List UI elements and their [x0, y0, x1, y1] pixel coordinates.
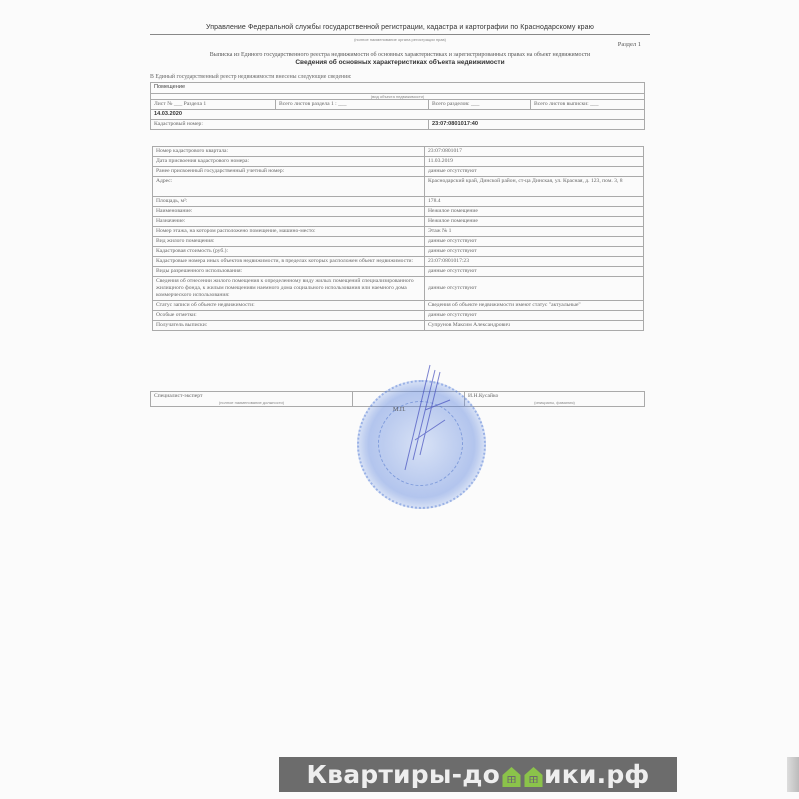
signer-name: И.Н.Кусайко (инициалы, фамилия)	[465, 392, 645, 407]
table-row: Виды разрешенного использования:данные о…	[153, 266, 644, 276]
row-label: Номер этажа, на котором расположено поме…	[153, 226, 425, 236]
table-row: Дата присвоения кадастрового номера:11.0…	[153, 156, 644, 166]
table-row: Наименование:Нежилое помещение	[153, 206, 644, 216]
cadastral-label: Кадастровый номер:	[151, 119, 429, 129]
watermark-banner: Квартиры-до ики.рф	[279, 757, 677, 792]
total-sections: Всего разделов: ___	[429, 100, 531, 110]
total-sheets: Всего листов выписки: ___	[531, 100, 645, 110]
row-label: Получатель выписки:	[153, 320, 425, 330]
object-type: Помещение	[151, 83, 645, 94]
row-label: Назначение:	[153, 216, 425, 226]
table-row: Статус записи об объекте недвижимости:Св…	[153, 300, 644, 310]
row-label: Наименование:	[153, 206, 425, 216]
signer-position-text: Специалист-эксперт	[154, 393, 349, 400]
extract-date: 14.03.2020	[151, 109, 645, 119]
signer-position: Специалист-эксперт (полное наименование …	[151, 392, 353, 407]
row-label: Особые отметки:	[153, 310, 425, 320]
row-value: Краснодарский край, Динской район, ст-ца…	[425, 176, 644, 196]
signer-name-caption: (инициалы, фамилия)	[468, 400, 641, 405]
table-row: Ранее присвоенный государственный учетны…	[153, 166, 644, 176]
row-label: Адрес:	[153, 176, 425, 196]
row-value: данные отсутствуют	[425, 310, 644, 320]
document-title: Выписка из Единого государственного реес…	[150, 52, 650, 58]
table-row: Особые отметки:данные отсутствуют	[153, 310, 644, 320]
watermark-text-start: Квартиры-до	[307, 760, 500, 789]
row-value: Нежилое помещение	[425, 206, 644, 216]
row-label: Кадастровая стоимость (руб.):	[153, 246, 425, 256]
row-value: 23:07:0801017:23	[425, 256, 644, 266]
cadastral-value: 23:07:0801017:40	[429, 119, 645, 129]
table-row: Вид жилого помещения:данные отсутствуют	[153, 236, 644, 246]
organization-caption: (полное наименование органа регистрации …	[150, 37, 650, 42]
intro-text: В Единый государственный реестр недвижим…	[150, 74, 352, 80]
signer-position-caption: (полное наименование должности)	[154, 400, 349, 405]
table-row: Площадь, м²:178.4	[153, 196, 644, 206]
sheet-number: Лист № ___ Раздела 1	[151, 100, 276, 110]
row-label: Статус записи об объекте недвижимости:	[153, 300, 425, 310]
table-row: Назначение:Нежилое помещение	[153, 216, 644, 226]
section-label: Раздел 1	[618, 41, 641, 48]
row-label: Кадастровые номера иных объектов недвижи…	[153, 256, 425, 266]
document-subtitle: Сведения об основных характеристиках объ…	[150, 59, 650, 66]
row-value: данные отсутствуют	[425, 276, 644, 300]
table-row: Получатель выписки:Супрунов Максим Алекс…	[153, 320, 644, 330]
row-label: Номер кадастрового квартала:	[153, 147, 425, 157]
row-value: данные отсутствуют	[425, 246, 644, 256]
characteristics-table: Номер кадастрового квартала:23:07:080101…	[152, 146, 644, 331]
row-label: Дата присвоения кадастрового номера:	[153, 156, 425, 166]
row-label: Сведения об отнесении жилого помещения к…	[153, 276, 425, 300]
row-label: Вид жилого помещения:	[153, 236, 425, 246]
table-row: Сведения об отнесении жилого помещения к…	[153, 276, 644, 300]
row-value: 11.03.2019	[425, 156, 644, 166]
table-row: Номер кадастрового квартала:23:07:080101…	[153, 147, 644, 157]
row-value: Сведения об объекте недвижимости имеют с…	[425, 300, 644, 310]
row-value: Этаж № 1	[425, 226, 644, 236]
row-value: данные отсутствуют	[425, 166, 644, 176]
row-value: данные отсутствуют	[425, 236, 644, 246]
row-value: 23:07:0801017	[425, 147, 644, 157]
row-value: 178.4	[425, 196, 644, 206]
table-row: Кадастровая стоимость (руб.):данные отсу…	[153, 246, 644, 256]
signer-name-text: И.Н.Кусайко	[468, 393, 641, 400]
page-edge-shadow	[787, 757, 799, 792]
row-label: Виды разрешенного использования:	[153, 266, 425, 276]
house-icon	[523, 764, 544, 786]
signature-scribble	[395, 360, 455, 480]
table-row: Номер этажа, на котором расположено поме…	[153, 226, 644, 236]
top-table: Помещение (вид объекта недвижимости) Лис…	[150, 82, 645, 130]
table-row: Адрес:Краснодарский край, Динской район,…	[153, 176, 644, 196]
row-value: Супрунов Максим Александрович	[425, 320, 644, 330]
row-value: Нежилое помещение	[425, 216, 644, 226]
house-icon	[501, 764, 522, 786]
row-value: данные отсутствуют	[425, 266, 644, 276]
header-divider	[150, 34, 650, 35]
organization-header: Управление Федеральной службы государств…	[150, 24, 650, 31]
section-sheets: Всего листов раздела 1 : ___	[276, 100, 429, 110]
watermark-text-end: ики.рф	[544, 760, 649, 789]
row-label: Ранее присвоенный государственный учетны…	[153, 166, 425, 176]
table-row: Кадастровые номера иных объектов недвижи…	[153, 256, 644, 266]
row-label: Площадь, м²:	[153, 196, 425, 206]
